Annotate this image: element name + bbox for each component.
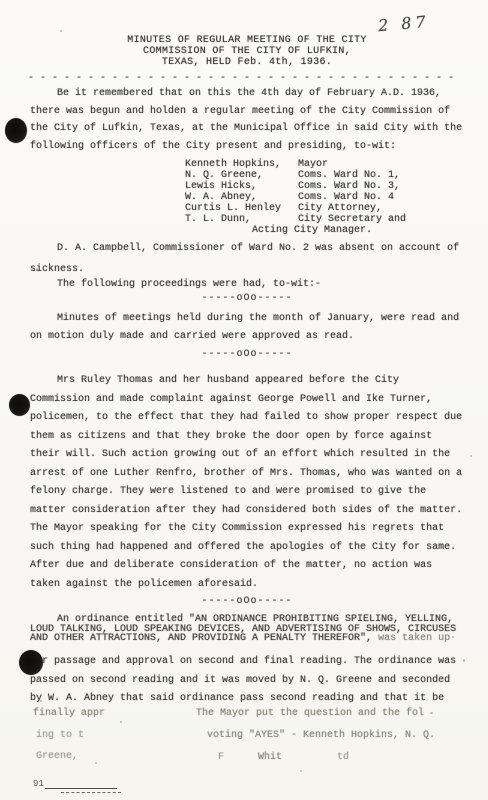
corner-rule-line <box>61 792 121 793</box>
ordinance-title-tail: was taken up <box>372 633 450 644</box>
officer-row: Lewis Hicks, Coms. Ward No. 3, <box>185 181 465 192</box>
officer-row: Curtis L. Henley City Attorney, <box>185 203 465 214</box>
officer-title: Mayor <box>298 159 465 170</box>
officer-title: Coms. Ward No. 3, <box>298 181 465 192</box>
officer-title: Acting City Manager. <box>252 225 372 236</box>
faded-fragment: The Mayor put the question and the fol <box>196 708 424 719</box>
handwritten-page-number: 2 87 <box>378 12 431 35</box>
hole-punch-mark <box>5 118 27 143</box>
officers-list: Kenneth Hopkins, Mayor N. Q. Greene, Com… <box>185 159 465 236</box>
officer-row-continuation: Acting City Manager. <box>185 225 465 236</box>
noise-speck <box>95 762 97 764</box>
officer-row: T. L. Dunn, City Secretary and <box>185 214 465 225</box>
officer-title: City Attorney, <box>298 203 465 214</box>
officer-name: Lewis Hicks, <box>185 181 298 192</box>
corner-rule-line <box>45 788 117 789</box>
header-line-1: MINUTES OF REGULAR MEETING OF THE CITY <box>30 35 464 46</box>
noise-speck <box>40 700 42 702</box>
officer-name: Curtis L. Henley <box>185 203 298 214</box>
faded-fragment: Greene, <box>36 751 78 762</box>
faded-fragment: voting "AYES" - Kenneth Hopkins, N. Q. <box>207 730 435 741</box>
hole-punch-mark <box>19 650 43 675</box>
proceedings-line: The following proceedings were had, to-w… <box>30 276 464 295</box>
officer-name: T. L. Dunn, <box>185 214 298 225</box>
corner-mark-text: 91 <box>33 779 44 789</box>
officer-row: W. A. Abney, Coms. Ward No. 4 <box>185 192 465 203</box>
officer-title: City Secretary and <box>298 214 465 225</box>
header-line-3: TEXAS, HELD Feb. 4th, 1936. <box>30 57 464 68</box>
officer-row: Kenneth Hopkins, Mayor <box>185 159 465 170</box>
document-header: MINUTES OF REGULAR MEETING OF THE CITY C… <box>30 35 464 68</box>
officer-row: N. Q. Greene, Coms. Ward No. 1, <box>185 170 465 181</box>
faded-fragment: Whit <box>258 752 282 763</box>
noise-speck <box>300 770 302 772</box>
faded-fragment: F <box>218 752 224 763</box>
absent-note: D. A. Campbell, Commissioner of Ward No.… <box>30 238 464 280</box>
dashed-rule: - - - - - - - - - - - - - - - - - - - - … <box>28 73 464 84</box>
scanned-minutes-page: 2 87 MINUTES OF REGULAR MEETING OF THE C… <box>0 0 488 800</box>
corner-ledger-mark: 91 <box>33 779 133 797</box>
noise-speck <box>60 30 62 32</box>
noise-speck <box>36 268 38 271</box>
hole-punch-mark <box>9 394 30 416</box>
officer-title: Coms. Ward No. 1, <box>298 170 465 181</box>
section-separator: -----oOo----- <box>30 293 464 304</box>
officer-name: W. A. Abney, <box>185 192 298 203</box>
faded-fragment: ing to t <box>36 730 84 741</box>
officer-name: N. Q. Greene, <box>185 170 298 181</box>
officer-title: Coms. Ward No. 4 <box>298 192 465 203</box>
section-separator: -----oOo----- <box>30 596 464 607</box>
noise-speck <box>452 636 454 638</box>
ordinance-body-paragraph: for passage and approval on second and f… <box>30 653 464 709</box>
faded-fragment: finally appr <box>33 708 105 719</box>
noise-speck <box>470 455 472 457</box>
header-line-2: COMMISSION OF THE CITY OF LUFKIN, <box>30 46 464 57</box>
faded-fragment: td <box>337 752 349 763</box>
noise-speck <box>120 721 122 723</box>
opening-paragraph: Be it remembered that on this the 4th da… <box>30 85 464 155</box>
section-separator: -----oOo----- <box>30 349 464 360</box>
noise-speck <box>463 659 465 662</box>
complaint-paragraph: Mrs Ruley Thomas and her husband appeare… <box>30 372 464 594</box>
officer-name: Kenneth Hopkins, <box>185 159 298 170</box>
noise-speck <box>430 712 433 714</box>
minutes-approval-paragraph: Minutes of meetings held during the mont… <box>30 310 464 345</box>
ordinance-title-paragraph: An ordinance entitled "AN ORDINANCE PROH… <box>30 615 466 644</box>
